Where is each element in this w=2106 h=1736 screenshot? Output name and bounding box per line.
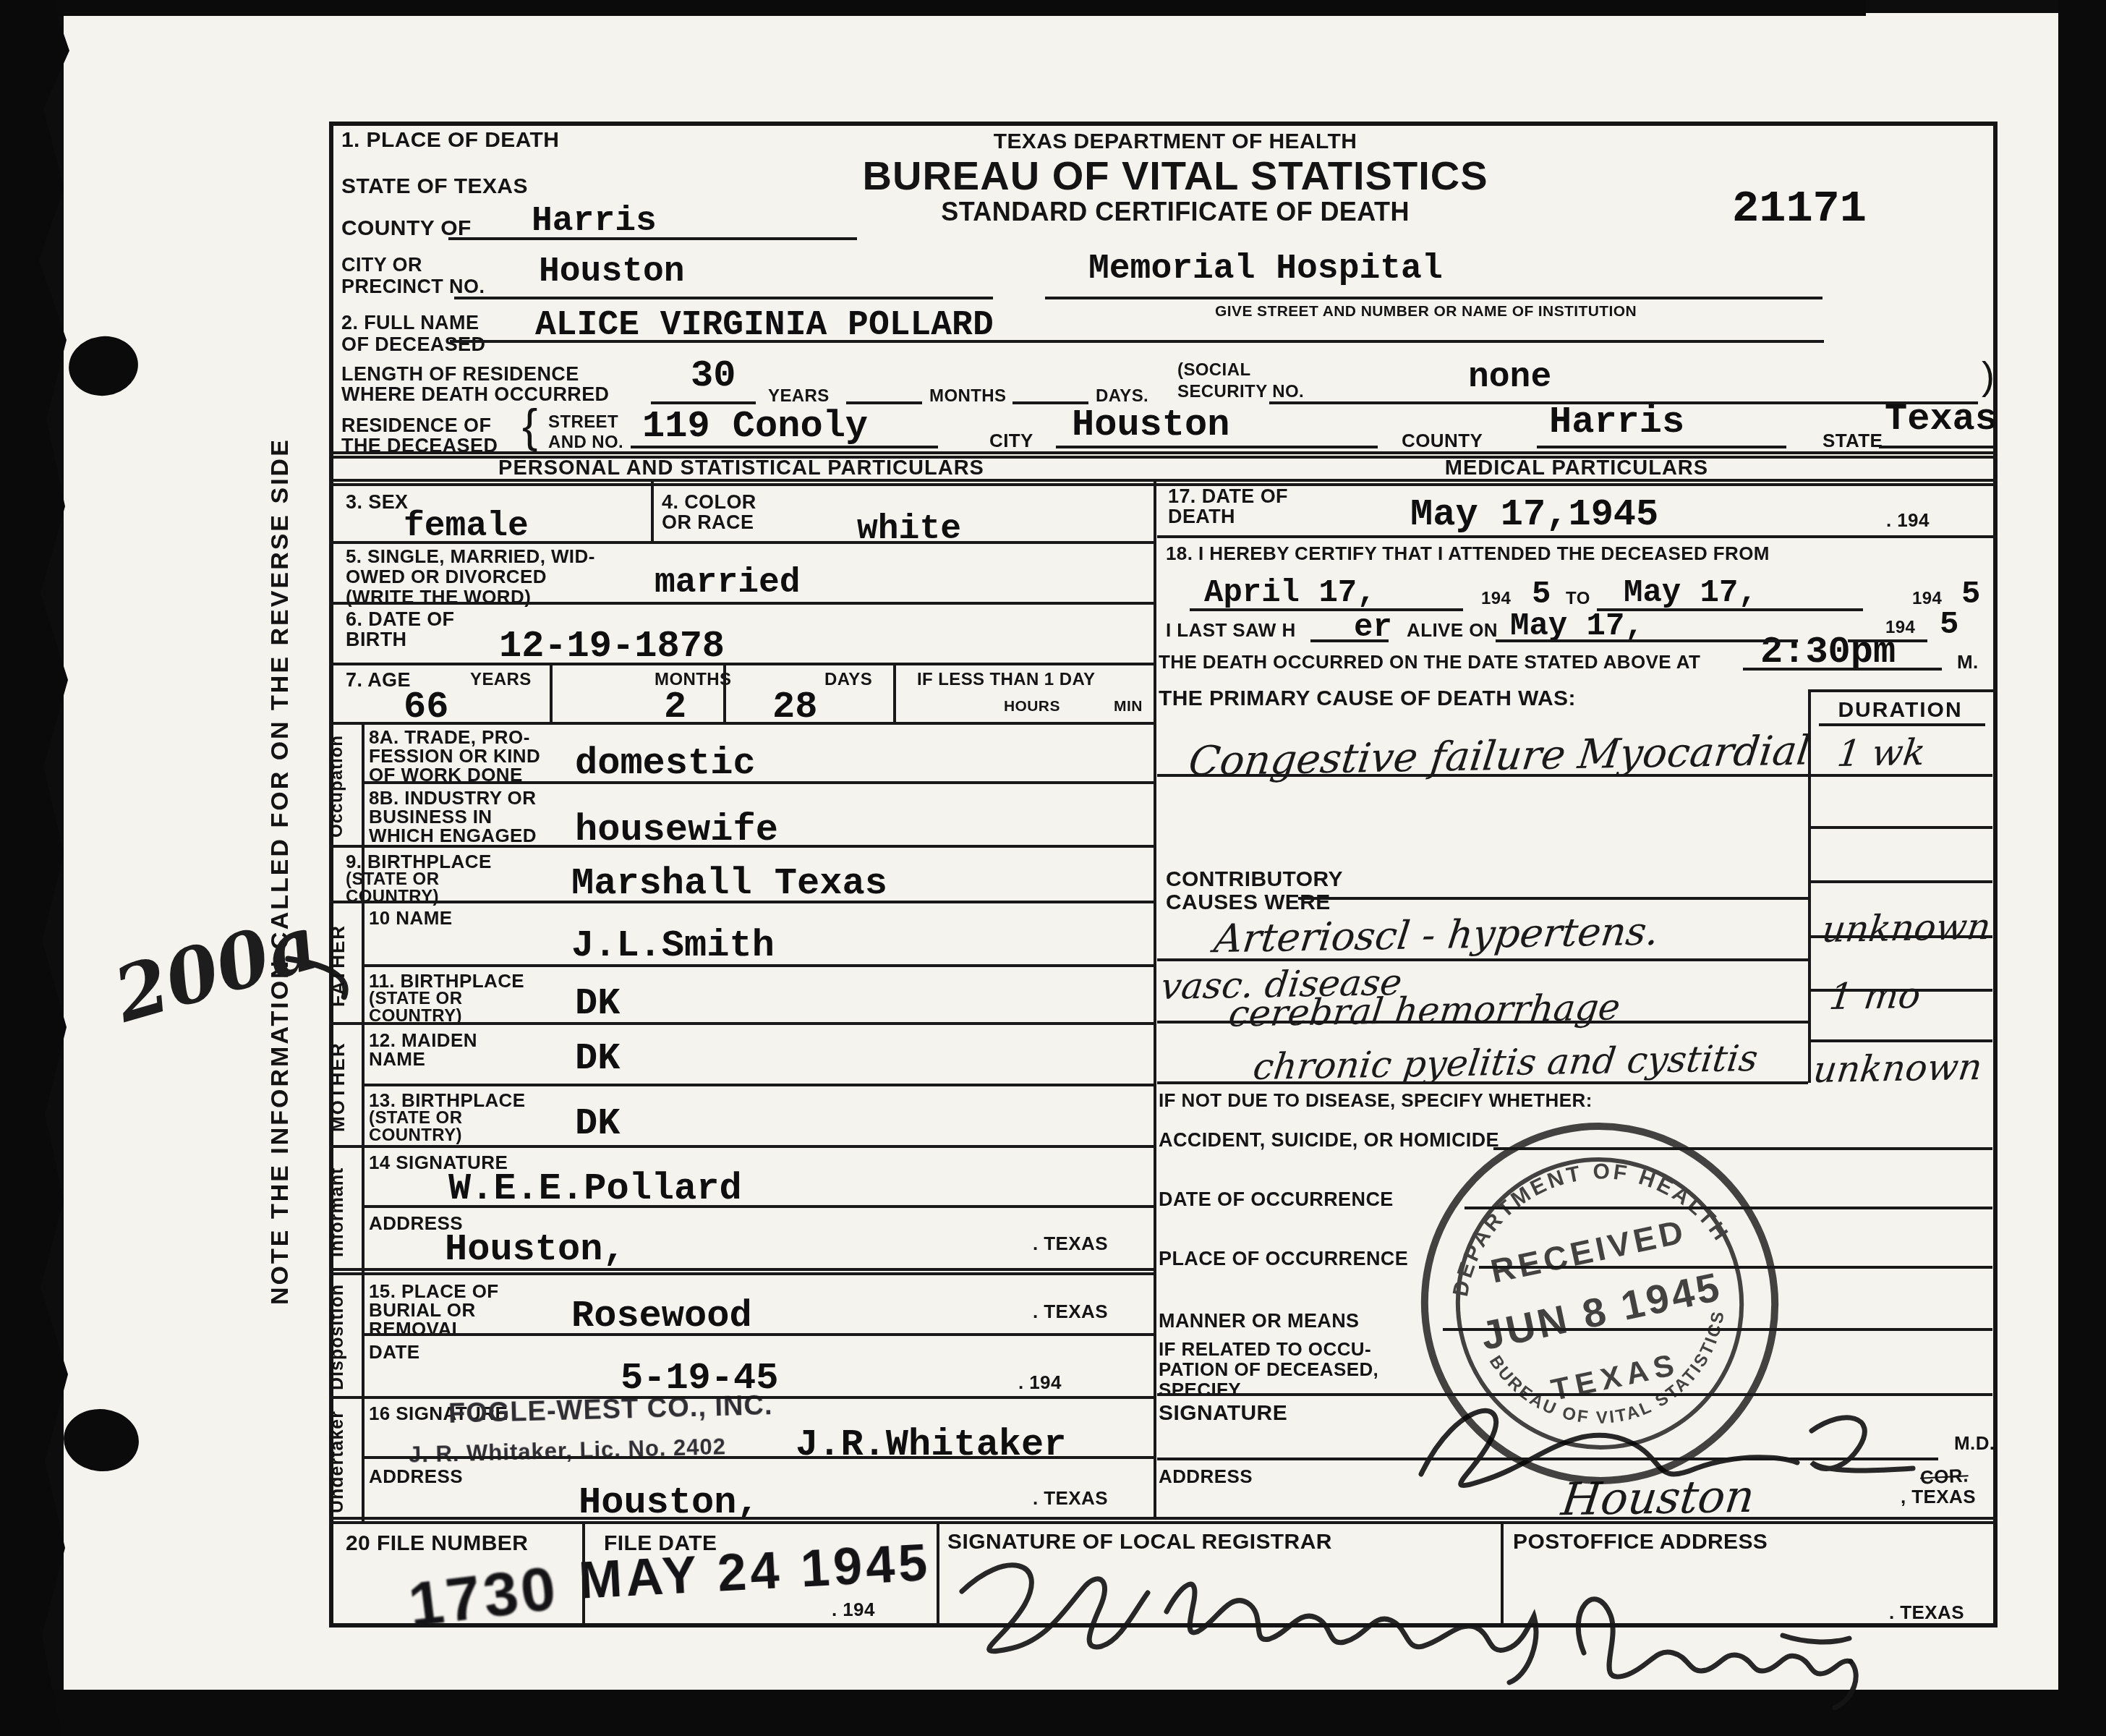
rule [631, 446, 938, 448]
burial-label-2: BURIAL OR [369, 1301, 476, 1320]
bureau-title: BUREAU OF VITAL STATISTICS [745, 155, 1606, 197]
rule [1819, 723, 1985, 726]
contributory-cause-4: chronic pyelitis and cystitis [1251, 1040, 1760, 1085]
rule [1298, 897, 1808, 900]
city-value: Houston [539, 255, 685, 289]
saw-year-value: 5 [1940, 609, 1958, 641]
rule [1808, 826, 1992, 829]
rule [454, 297, 993, 299]
rule [1012, 401, 1088, 404]
registrar-signature [937, 1541, 1537, 1700]
street-value: 119 Conoly [642, 408, 868, 446]
industry-label-2: BUSINESS IN [369, 807, 493, 827]
rule-vertical [893, 663, 896, 722]
age-years-label: YEARS [470, 671, 532, 689]
rule [1157, 1021, 1808, 1024]
death-occurred-label: THE DEATH OCCURRED ON THE DATE STATED AB… [1159, 652, 1700, 672]
marital-label-2: OWED OR DIVORCED [346, 567, 547, 587]
md-label: M.D. [1954, 1434, 1995, 1453]
rule [329, 901, 1154, 903]
rule [362, 1333, 1154, 1336]
rule [1493, 1147, 1992, 1150]
rule [651, 401, 756, 404]
rule-vertical [582, 1523, 585, 1624]
brace: { [522, 402, 538, 451]
contributory-cause-3: cerebral hemorrhage [1227, 989, 1622, 1031]
rule [1848, 639, 1927, 642]
film-edge-left [0, 0, 80, 1736]
rule [1157, 1393, 1992, 1396]
res-county-label: COUNTY [1402, 431, 1483, 451]
street-label-2: AND NO. [548, 434, 623, 452]
date-occurrence-label: DATE OF OCCURRENCE [1159, 1189, 1394, 1209]
maiden-label-2: NAME [369, 1050, 425, 1069]
institution-hint: GIVE STREET AND NUMBER OR NAME OF INSTIT… [1215, 304, 1637, 320]
rule-vertical [362, 722, 364, 1523]
rule [1597, 608, 1863, 611]
dept-title: TEXAS DEPARTMENT OF HEALTH [796, 130, 1555, 153]
scanned-death-certificate: NOTE THE INFORMATION CALLED FOR ON THE R… [0, 0, 2106, 1736]
ssn-label-1: (SOCIAL [1177, 362, 1250, 380]
rule [362, 1456, 1154, 1459]
residence-of-label-1: RESIDENCE OF [341, 415, 491, 435]
age-days-label: DAYS [824, 671, 872, 689]
rule-vertical [550, 663, 553, 722]
last-saw-label-2: ALIVE ON [1407, 621, 1498, 640]
res-state-label: STATE [1822, 431, 1883, 451]
rule [329, 541, 1154, 544]
rule [329, 1396, 1154, 1399]
received-stamp: DEPARTMENT OF HEALTH BUREAU OF VITAL STA… [1419, 1123, 1781, 1484]
last-saw-label-1: I LAST SAW H [1166, 621, 1296, 640]
attended-from-value: April 17, [1204, 577, 1376, 609]
rule [329, 663, 1154, 665]
dod-label-2: DEATH [1168, 506, 1235, 527]
father-bp-value: DK [575, 985, 620, 1023]
marital-label-1: 5. SINGLE, MARRIED, WID- [346, 547, 595, 566]
manner-means-label: MANNER OR MEANS [1159, 1311, 1360, 1331]
postoffice-address-script [1544, 1566, 1862, 1711]
rule-vertical [937, 1523, 939, 1624]
if-not-disease-label: IF NOT DUE TO DISEASE, SPECIFY WHETHER: [1159, 1091, 1593, 1110]
full-name-value: ALICE VIRGINIA POLLARD [535, 308, 994, 343]
dob-label-2: BIRTH [346, 629, 407, 650]
min-label: MIN [1114, 699, 1143, 715]
color-label-1: 4. COLOR [662, 492, 756, 512]
rule [1465, 1207, 1992, 1209]
dod-194: . 194 [1886, 511, 1930, 530]
rule [1190, 608, 1463, 611]
trade-label-2: FESSION OR KIND [369, 746, 540, 766]
burial-date-label: DATE [369, 1343, 419, 1362]
mother-bp-value: DK [575, 1105, 620, 1143]
years-label: YEARS [768, 388, 830, 406]
undertaker-vertical-label: Undertaker [327, 1400, 348, 1523]
informant-signature-value: W.E.E.Pollard [448, 1170, 742, 1208]
contributory-duration-4: unknown [1812, 1049, 1984, 1088]
related-occupation-label-2: PATION OF DECEASED, [1159, 1360, 1378, 1379]
dob-label-1: 6. DATE OF [346, 609, 455, 629]
mother-bp-label-3: COUNTRY) [369, 1127, 462, 1145]
primary-cause-duration: 1 wk [1836, 734, 1927, 772]
contributory-label-2: CAUSES WERE [1166, 891, 1331, 914]
res-state-value: Texas [1885, 401, 1998, 438]
res-city-label: CITY [989, 431, 1033, 451]
rule [1157, 774, 1808, 777]
rule [1045, 297, 1822, 299]
rule-double [329, 479, 1998, 486]
rule [329, 845, 1154, 848]
contributory-duration-3: 1 mo [1828, 977, 1923, 1015]
film-edge-right [2058, 0, 2106, 1736]
to-label: TO [1566, 590, 1590, 608]
physician-signature-label: SIGNATURE [1159, 1402, 1287, 1424]
rule [329, 1145, 1154, 1148]
ssn-value: none [1468, 360, 1551, 395]
rule-vertical [651, 479, 654, 541]
rule [1443, 1328, 1992, 1331]
mother-maiden-value: DK [575, 1040, 620, 1078]
industry-label-3: WHICH ENGAGED [369, 826, 537, 846]
rule [362, 1205, 1154, 1208]
industry-label-1: 8B. INDUSTRY OR [369, 788, 536, 808]
street-label-1: STREET [548, 414, 618, 432]
birthplace-label-1: 9. BIRTHPLACE [346, 852, 492, 872]
age-months-value: 2 [664, 689, 686, 726]
undertaker-address-label: ADDRESS [369, 1467, 463, 1486]
related-occupation-label-3: SPECIFY [1159, 1380, 1241, 1400]
months-label: MONTHS [929, 388, 1006, 406]
disposition-vertical-label: Disposition [327, 1279, 348, 1395]
full-name-label-1: 2. FULL NAME [341, 312, 479, 333]
rule [362, 1084, 1154, 1086]
film-edge-top [0, 0, 1866, 16]
rule [1879, 446, 1995, 448]
rule [450, 340, 1824, 343]
certify-label: 18. I HEREBY CERTIFY THAT I ATTENDED THE… [1166, 544, 1770, 563]
rule [1157, 958, 1808, 961]
place-occurrence-label: PLACE OF OCCURRENCE [1159, 1248, 1408, 1269]
city-label-2: PRECINCT NO. [341, 276, 485, 297]
rule [1157, 1458, 1938, 1460]
rule [1056, 446, 1378, 448]
svg-text:200a: 200a [104, 898, 327, 1040]
rule [362, 964, 1154, 967]
contributory-label-1: CONTRIBUTORY [1166, 868, 1343, 890]
hours-label: HOURS [1004, 699, 1060, 715]
ssn-label-2: SECURITY NO. [1177, 383, 1304, 401]
age-days-value: 28 [772, 689, 817, 726]
burial-state: . TEXAS [1033, 1302, 1108, 1322]
burial-label-1: 15. PLACE OF [369, 1282, 499, 1301]
postoffice-state: . TEXAS [1889, 1603, 1964, 1622]
certificate-number: 21171 [1732, 187, 1867, 231]
rule-double [329, 1268, 1154, 1275]
rule [1808, 935, 1992, 938]
dob-value: 12-19-1878 [499, 628, 725, 665]
marital-value: married [655, 566, 801, 600]
trade-label-1: 8A. TRADE, PRO- [369, 728, 530, 747]
informant-address-state: . TEXAS [1033, 1234, 1108, 1254]
rule [1808, 880, 1992, 883]
father-name-value: J.L.Smith [571, 927, 775, 965]
handwritten-code: 200a [108, 890, 354, 1063]
mother-vertical-label: MOTHER [327, 1027, 349, 1146]
rule [1157, 1081, 1808, 1084]
county-value: Harris [532, 204, 657, 239]
last-saw-date: May 17, [1510, 610, 1644, 642]
residence-length-label-2: WHERE DEATH OCCURRED [341, 384, 610, 404]
dod-label-1: 17. DATE OF [1168, 486, 1288, 506]
related-occupation-label-1: IF RELATED TO OCCU- [1159, 1340, 1371, 1359]
margin-note: NOTE THE INFORMATION CALLED FOR ON THE R… [266, 423, 294, 1320]
full-name-label-2: OF DECEASED [341, 334, 485, 354]
file-date-194: . 194 [832, 1600, 875, 1620]
rule [1808, 1039, 1992, 1042]
birthplace-label-3: COUNTRY) [346, 888, 439, 906]
res-county-value: Harris [1549, 404, 1684, 441]
residence-years-value: 30 [691, 357, 736, 395]
rule-vertical [1154, 479, 1156, 1517]
institution-value: Memorial Hospital [1088, 252, 1443, 286]
burial-place-value: Rosewood [571, 1298, 752, 1335]
rule [329, 602, 1154, 605]
rule [329, 722, 1154, 725]
residence-length-label-1: LENGTH OF RESIDENCE [341, 364, 579, 384]
contributory-duration-1: unknown [1820, 909, 1993, 948]
mother-bp-label-1: 13. BIRTHPLACE [369, 1091, 526, 1110]
undertaker-address-state: . TEXAS [1033, 1489, 1108, 1508]
contributory-cause-1: Arterioscl - hypertens. [1212, 912, 1661, 959]
date-of-death-value: May 17,1945 [1410, 496, 1658, 534]
postoffice-label: POSTOFFICE ADDRESS [1513, 1531, 1768, 1553]
rule [1157, 535, 1998, 538]
form-title: STANDARD CERTIFICATE OF DEATH [796, 198, 1555, 225]
informant-vertical-label: Informant [327, 1150, 348, 1275]
rule [448, 237, 857, 240]
rule-vertical [1501, 1523, 1504, 1624]
file-number-label: 20 FILE NUMBER [346, 1532, 528, 1554]
rule-vertical [723, 663, 726, 722]
burial-date-194: . 194 [1018, 1373, 1062, 1392]
from-194: 194 [1481, 590, 1511, 608]
rule [846, 401, 922, 404]
medical-section-header: MEDICAL PARTICULARS [1396, 457, 1757, 479]
father-name-label: 10 NAME [369, 909, 453, 928]
if-less-label: IF LESS THAN 1 DAY [917, 671, 1095, 689]
primary-cause-label: THE PRIMARY CAUSE OF DEATH WAS: [1159, 687, 1576, 710]
age-label: 7. AGE [346, 670, 411, 690]
sex-value: female [404, 509, 529, 544]
from-year-value: 5 [1532, 579, 1551, 610]
sex-label: 3. SEX [346, 492, 408, 512]
rule [1808, 774, 1992, 777]
rule [329, 1022, 1154, 1025]
trade-value: domestic [575, 745, 756, 783]
industry-value: housewife [575, 812, 778, 849]
rule-vertical [1808, 689, 1811, 1083]
rule [1479, 1266, 1992, 1269]
section-1-label: 1. PLACE OF DEATH [341, 129, 559, 151]
m-label: M. [1957, 652, 1979, 672]
father-bp-label-1: 11. BIRTHPLACE [369, 971, 524, 991]
city-label-1: CITY OR [341, 255, 422, 275]
personal-section-header: PERSONAL AND STATISTICAL PARTICULARS [448, 457, 1034, 479]
duration-header: DURATION [1808, 699, 1992, 721]
rule-double [329, 1517, 1998, 1524]
maiden-label-1: 12. MAIDEN [369, 1031, 477, 1050]
physician-address-label: ADDRESS [1159, 1467, 1253, 1486]
age-years-value: 66 [404, 689, 448, 726]
informant-address-value: Houston, [445, 1231, 626, 1269]
father-vertical-label: FATHER [327, 906, 349, 1025]
to-194: 194 [1912, 590, 1942, 608]
res-city-value: Houston [1072, 407, 1229, 444]
rule [1808, 689, 1998, 692]
rule [1310, 639, 1389, 642]
rule [1496, 639, 1798, 642]
rule [1537, 446, 1786, 448]
rule [362, 781, 1154, 784]
rule [1808, 989, 1992, 992]
rule [1269, 401, 1978, 404]
occupation-vertical-label: Occupation [327, 725, 347, 848]
rule [1743, 668, 1942, 671]
color-label-2: OR RACE [662, 512, 754, 532]
to-year-value: 5 [1961, 579, 1980, 610]
close-paren: ) [1982, 356, 1995, 396]
rule-double [329, 451, 1998, 459]
attended-to-value: May 17, [1624, 577, 1757, 609]
county-label: COUNTY OF [341, 217, 472, 239]
birthplace-value: Marshall Texas [571, 865, 887, 903]
state-of-texas-label: STATE OF TEXAS [341, 175, 528, 197]
